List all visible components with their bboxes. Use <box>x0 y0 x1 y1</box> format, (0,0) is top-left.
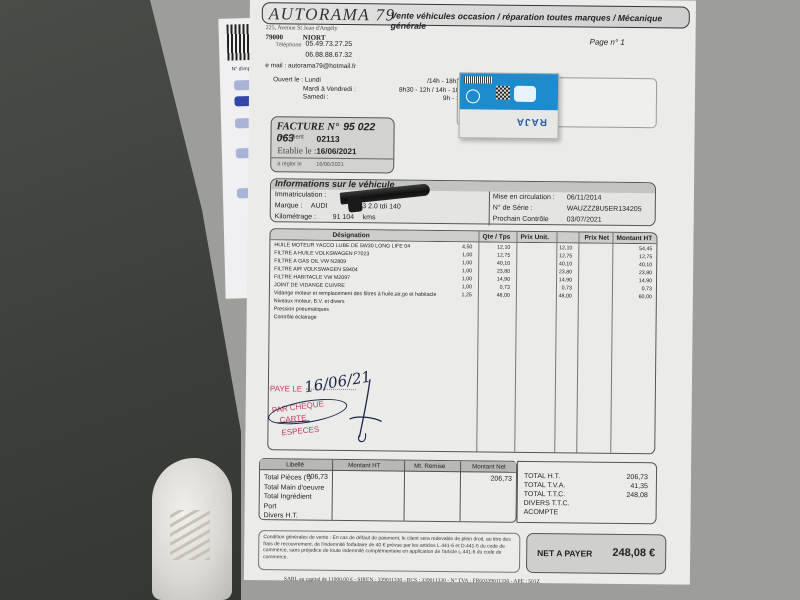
cell-amount: 14,90 <box>639 278 652 284</box>
recycle-icon <box>466 89 480 103</box>
phone-1: 05.49.73.27.25 <box>305 41 352 48</box>
col-discount: Mt. Remise <box>414 463 445 470</box>
summary-label: DIVERS T.T.C. <box>524 499 570 508</box>
summary-value: 206,73 <box>627 473 649 482</box>
due-date: 16/06/2021 <box>316 162 344 168</box>
cell-unit: 40,10 <box>497 261 510 267</box>
pieces-net: 206,73 <box>490 476 511 483</box>
items-table-body: HUILE MOTEUR YACCO LUBE DE 5W30 LONG LIF… <box>270 242 657 326</box>
cell-net: 40,10 <box>559 261 572 267</box>
cell-designation: Niveaux moteur, B.V. et divers <box>274 298 345 305</box>
cell-unit: 23,80 <box>497 269 510 275</box>
raja-sticker: RAJA <box>459 72 560 139</box>
info-icon <box>514 86 536 102</box>
col-designation: Désignation <box>332 232 369 239</box>
background-doc-label: N° d'imp <box>232 66 251 72</box>
signature <box>345 377 386 447</box>
summary-value: 41,35 <box>626 482 648 491</box>
header-banner: AUTORAMA 79 Vente véhicules occasion / r… <box>262 2 690 28</box>
cell-unit: 14,90 <box>497 277 510 283</box>
cell-unit: 12,75 <box>497 253 510 259</box>
barcode-icon <box>226 24 251 61</box>
serial-label: N° de Série : <box>493 205 533 212</box>
model-value: Q3 2.0 tdi 140 <box>357 203 401 210</box>
brand-label: Marque : <box>275 202 303 209</box>
due-label: à régler le <box>277 161 302 167</box>
invoice-sheet: AUTORAMA 79 Vente véhicules occasion / r… <box>244 0 696 585</box>
ref-client-label: Ref Client <box>277 134 303 140</box>
postcode: 79000 <box>266 33 284 41</box>
col-amount-ht: Montant HT <box>616 235 652 242</box>
mileage-value: 91 104 <box>333 214 354 221</box>
cell-amount: 54,45 <box>639 246 652 252</box>
next-inspection-value: 03/07/2021 <box>567 216 602 223</box>
col-unit-price: Prix Unit. <box>520 234 549 241</box>
summary-label: TOTAL T.T.C. <box>524 490 570 499</box>
column-divider <box>460 461 462 521</box>
summary-value: 248,08 <box>626 491 648 500</box>
net-to-pay-label: NET A PAYER <box>537 548 592 559</box>
mileage-unit: kms <box>363 214 376 221</box>
cell-net: 48,00 <box>559 293 572 299</box>
col-label: Libellé <box>286 461 304 468</box>
summary-value <box>626 500 648 509</box>
col-amount-ht: Montant HT <box>348 462 380 469</box>
cell-amount: 23,80 <box>639 270 652 276</box>
mileage-label: Kilométrage : <box>275 213 316 220</box>
summary-values: 206,7341,35248,08 <box>626 473 648 518</box>
items-table: Désignation Qte / Tps Prix Unit. Prix Ne… <box>267 228 657 454</box>
net-to-pay-box: NET A PAYER 248,08 € <box>526 533 666 574</box>
col-qty: Qte / Tps <box>482 233 510 240</box>
first-registration-label: Mise en circulation : <box>493 194 555 202</box>
vehicle-header: Informations sur le véhicule <box>271 179 655 193</box>
opening-hours: Ouvert le : Lundi/14h - 18h30 Mardi à Ve… <box>273 76 470 104</box>
paid-label: PAYE LE <box>270 384 302 393</box>
cell-qty: 1,00 <box>462 252 472 258</box>
net-to-pay-value: 248,08 € <box>612 547 655 559</box>
cell-designation: FILTRE A HUILE VOLKSWAGEN P7023 <box>274 250 369 257</box>
terms-of-sale: Condition générales de vente : En cas de… <box>258 530 520 573</box>
cell-net: 12,10 <box>559 245 572 251</box>
cell-amount: 60,00 <box>639 294 652 300</box>
sticker-brand: RAJA <box>516 116 547 127</box>
cell-net: 0,73 <box>562 285 572 291</box>
cell-qty: 1,00 <box>462 268 472 274</box>
phone-label: Téléphone <box>275 42 301 48</box>
totals-header: Libellé Montant HT Mt. Remise Montant Ne… <box>260 459 516 473</box>
cell-amount: 40,10 <box>639 262 652 268</box>
ref-client-value: 02113 <box>316 134 339 144</box>
cell-designation: Pression pneumatiques <box>274 306 329 313</box>
pieces-ht: 206,73 <box>307 474 328 481</box>
company-tagline: Vente véhicules occasion / réparation to… <box>391 10 689 33</box>
invoice-info-box: FACTURE N°95 022 063 Ref Client 02113 Et… <box>270 116 395 173</box>
cell-net: 23,80 <box>559 269 572 275</box>
cell-unit: 0,73 <box>500 285 510 291</box>
hours-days: Samedi : <box>303 94 399 104</box>
first-registration-value: 06/11/2014 <box>567 194 602 201</box>
summary-box: TOTAL H.T.TOTAL T.V.A.TOTAL T.T.C.DIVERS… <box>516 461 657 524</box>
next-inspection-label: Prochain Contrôle <box>493 216 549 224</box>
cell-net: 14,90 <box>559 277 572 283</box>
col-net-price: Prix Net <box>584 235 609 242</box>
summary-value <box>626 509 648 518</box>
cell-qty: 1,25 <box>462 292 472 298</box>
barcode-icon <box>464 76 492 83</box>
cell-amount: 12,75 <box>639 254 652 260</box>
summary-labels: TOTAL H.T.TOTAL T.V.A.TOTAL T.T.C.DIVERS… <box>524 472 570 517</box>
cell-designation: FILTRE AIR VOLKSWAGEN S9404 <box>274 266 358 273</box>
summary-label: TOTAL T.V.A. <box>524 481 570 490</box>
cell-qty: 1,00 <box>462 284 472 290</box>
totals-label: Total Ingrédient <box>264 492 325 502</box>
cell-qty: 1,00 <box>462 260 472 266</box>
cell-qty: 4,50 <box>462 244 472 250</box>
company-address: 225, Avenue St Jean d'Angély <box>266 25 338 32</box>
pen-clip <box>347 195 363 212</box>
registration-label: Immatriculation : <box>275 191 326 199</box>
sticker-label <box>460 73 558 110</box>
issued-label: Etablie le : <box>277 145 316 155</box>
totals-label: Divers H.T. <box>264 511 325 521</box>
summary-label: TOTAL H.T. <box>524 472 570 481</box>
brand-value: AUDI <box>311 203 328 210</box>
issued-date: 16/06/2021 <box>316 147 356 156</box>
qr-code-icon <box>496 86 510 100</box>
divider <box>489 192 490 226</box>
cell-designation: Contrôle éclairage <box>274 314 317 320</box>
cell-designation: JOINT DE VIDANGE CUIVRE <box>274 282 345 289</box>
cell-designation: HUILE MOTEUR YACCO LUBE DE 5W30 LONG LIF… <box>274 242 410 249</box>
shoe-laces <box>170 510 210 560</box>
vehicle-info-box: Informations sur le véhicule Immatricula… <box>270 178 656 226</box>
cell-unit: 48,00 <box>497 293 510 299</box>
cell-net: 12,75 <box>559 253 572 259</box>
cell-designation: FILTRE HABITACLE VW M2097 <box>274 274 350 281</box>
cell-designation: FILTRE A GAS OIL VW N2809 <box>274 258 346 265</box>
totals-table: Libellé Montant HT Mt. Remise Montant Ne… <box>259 458 518 523</box>
page-number: Page n° 1 <box>589 38 624 47</box>
company-email: e mail : autorama79@hotmail.fr <box>265 62 356 70</box>
column-divider <box>332 460 334 520</box>
serial-value: WAUZZZ8U5ER134205 <box>567 205 642 213</box>
phone-2: 06.88.88.67.32 <box>305 52 352 59</box>
cell-amount: 0,73 <box>642 286 652 292</box>
summary-label: ACOMPTE <box>524 508 570 517</box>
cell-unit: 12,10 <box>497 245 510 251</box>
company-name: AUTORAMA 79 <box>269 4 396 25</box>
col-amount-net: Montant Net <box>472 463 506 470</box>
cell-qty: 1,00 <box>462 276 472 282</box>
cell-designation: Vidange moteur et remplacement des filtr… <box>274 290 436 298</box>
column-divider <box>404 461 406 521</box>
divider <box>271 157 393 159</box>
